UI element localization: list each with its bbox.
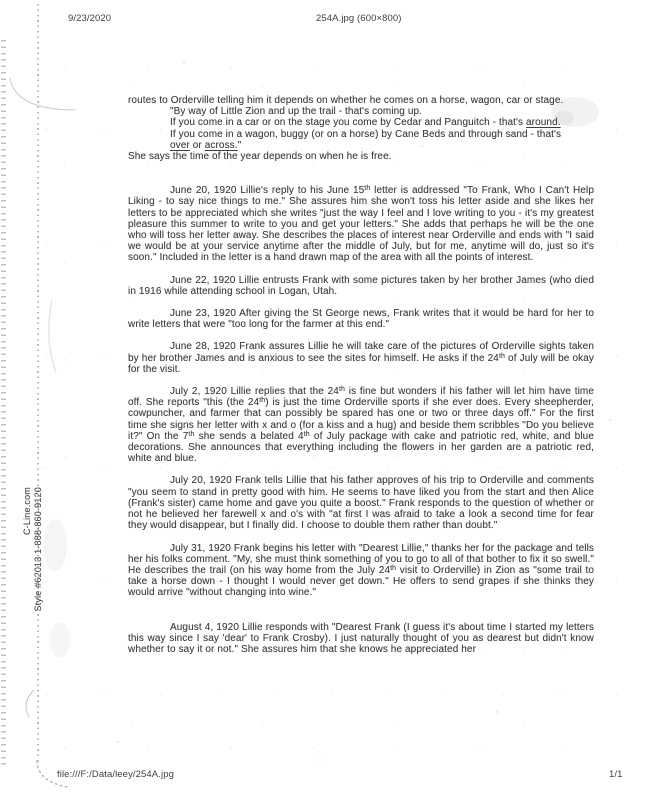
superscript-ordinal: th bbox=[499, 353, 505, 360]
document-paragraph: June 22, 1920 Lillie entrusts Frank with… bbox=[128, 275, 594, 297]
superscript-ordinal: th bbox=[259, 397, 265, 404]
print-footer-page-indicator: 1/1 bbox=[609, 769, 623, 780]
document-line: If you come in a wagon, buggy (or on a h… bbox=[128, 129, 594, 140]
text-run: June 23, 1920 After giving the St George… bbox=[128, 308, 594, 330]
print-footer-file-url: file:///F:/Data/leey/254A.jpg bbox=[57, 769, 174, 780]
cline-style-number-text: Style #62013 1-888-860-9120 bbox=[33, 487, 44, 687]
document-paragraph: July 2, 1920 Lillie replies that the 24t… bbox=[128, 386, 594, 464]
text-run: June 22, 1920 Lillie entrusts Frank with… bbox=[128, 275, 594, 297]
document-line: "By way of Little Zion and up the trail … bbox=[128, 106, 594, 117]
underlined-text: over bbox=[170, 140, 190, 151]
document-line: routes to Orderville telling him it depe… bbox=[128, 95, 594, 106]
text-run: she sends a belated 4 bbox=[194, 431, 303, 442]
document-paragraph: June 23, 1920 After giving the St George… bbox=[128, 308, 594, 330]
document-paragraph: June 20, 1920 Lillie's reply to his June… bbox=[128, 185, 594, 263]
printed-scan-page: { "colors": { "page_background": "#fffff… bbox=[0, 0, 655, 800]
text-run: " bbox=[238, 140, 242, 151]
document-paragraph: July 31, 1920 Frank begins his letter wi… bbox=[128, 543, 594, 599]
document-line: If you come in a car or on the stage you… bbox=[128, 117, 594, 128]
superscript-ordinal: th bbox=[339, 386, 345, 393]
text-run: She says the time of the year depends on… bbox=[128, 151, 392, 162]
print-header-image-title: 254A.jpg (600×800) bbox=[316, 13, 402, 24]
print-header-date: 9/23/2020 bbox=[68, 13, 111, 24]
superscript-ordinal: th bbox=[188, 431, 194, 438]
underlined-text: across. bbox=[205, 140, 238, 151]
superscript-ordinal: th bbox=[364, 185, 370, 192]
document-paragraph: July 20, 1920 Frank tells Lillie that hi… bbox=[128, 475, 594, 531]
superscript-ordinal: th bbox=[304, 431, 310, 438]
sheet-protector-edge-print: C-Line.com Style #62013 1-888-860-9120 bbox=[22, 487, 44, 687]
text-run: July 20, 1920 Frank tells Lillie that hi… bbox=[128, 475, 594, 531]
document-paragraph: routes to Orderville telling him it depe… bbox=[128, 95, 594, 162]
document-line: She says the time of the year depends on… bbox=[128, 151, 594, 162]
text-run: letter is addressed "To Frank, Who I Can… bbox=[128, 185, 594, 263]
text-run: or bbox=[190, 140, 205, 151]
text-run: June 20, 1920 Lillie's reply to his June… bbox=[170, 185, 364, 196]
text-run: August 4, 1920 Lillie responds with "Dea… bbox=[128, 622, 594, 655]
text-run: If you come in a wagon, buggy (or on a h… bbox=[170, 129, 561, 140]
text-run: routes to Orderville telling him it depe… bbox=[128, 95, 563, 106]
cline-brand-text: C-Line.com bbox=[22, 487, 33, 687]
document-paragraph: June 28, 1920 Frank assures Lillie he wi… bbox=[128, 341, 594, 375]
underlined-text: around. bbox=[526, 117, 561, 128]
document-paragraph: August 4, 1920 Lillie responds with "Dea… bbox=[128, 622, 594, 656]
superscript-ordinal: th bbox=[390, 565, 396, 572]
typewritten-document-body: routes to Orderville telling him it depe… bbox=[128, 95, 594, 655]
text-run: If you come in a car or on the stage you… bbox=[170, 117, 526, 128]
text-run: "By way of Little Zion and up the trail … bbox=[170, 106, 422, 117]
sheet-protector-stitch-edge bbox=[1, 40, 6, 766]
document-line: over or across." bbox=[128, 140, 594, 151]
text-run: July 2, 1920 Lillie replies that the 24 bbox=[170, 386, 339, 397]
